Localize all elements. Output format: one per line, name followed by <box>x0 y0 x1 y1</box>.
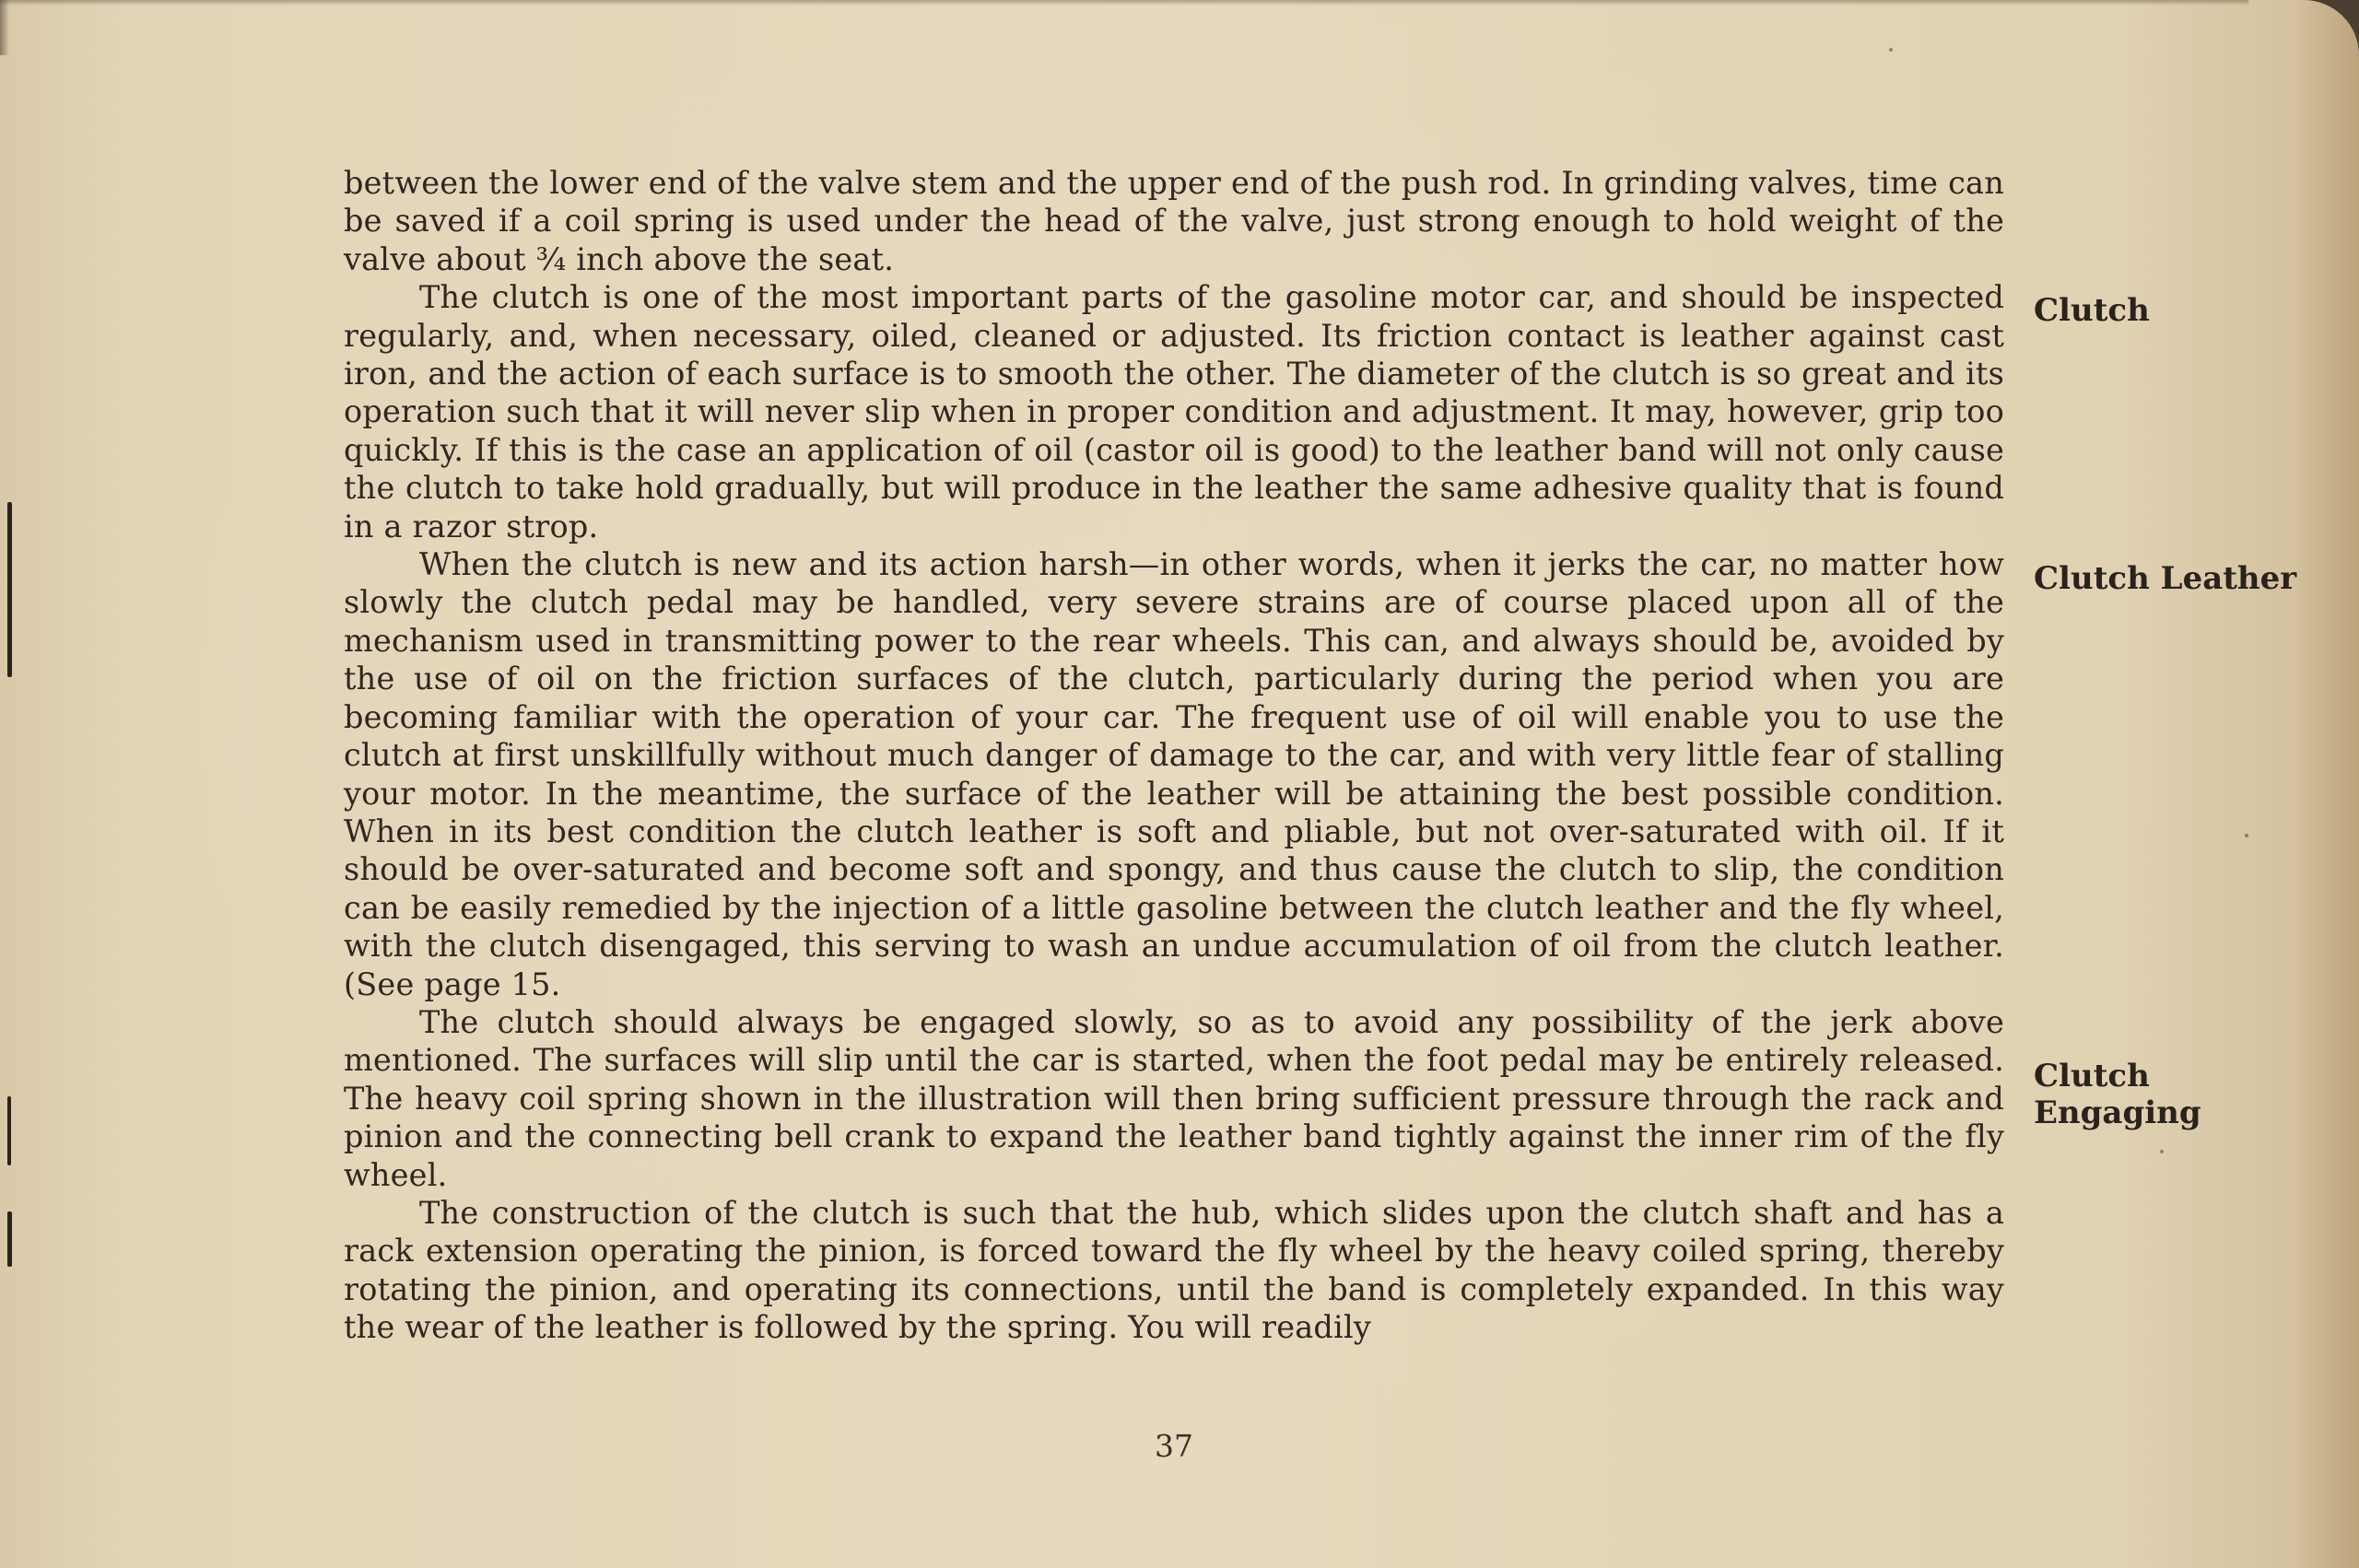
paper-speck <box>2160 1150 2164 1153</box>
page-corner-shadow <box>0 0 9 55</box>
binding-mark <box>7 1096 11 1165</box>
binding-mark <box>7 1211 12 1267</box>
margin-heading-clutch-leather: Clutch Leather <box>2034 560 2296 597</box>
paragraph: The clutch is one of the most important … <box>344 278 2004 545</box>
book-page: between the lower end of the valve stem … <box>0 0 2359 1568</box>
margin-heading-line: Clutch <box>2034 292 2150 329</box>
margin-heading-line: Clutch Leather <box>2034 560 2296 597</box>
page-number: 37 <box>1155 1428 1193 1464</box>
margin-heading-clutch-engaging: Clutch Engaging <box>2034 1058 2201 1131</box>
page-right-edge-shading <box>2294 0 2359 1568</box>
paper-speck <box>2245 834 2248 837</box>
body-text: between the lower end of the valve stem … <box>344 164 2004 1347</box>
margin-heading-line: Clutch <box>2034 1058 2201 1094</box>
paper-speck <box>1889 48 1893 52</box>
paragraph: The construction of the clutch is such t… <box>344 1194 2004 1347</box>
paragraph: The clutch should always be engaged slow… <box>344 1003 2004 1194</box>
paragraph: When the clutch is new and its action ha… <box>344 545 2004 1003</box>
margin-heading-line: Engaging <box>2034 1094 2201 1131</box>
page-top-edge <box>0 0 2248 6</box>
margin-heading-clutch: Clutch <box>2034 292 2150 329</box>
binding-mark <box>7 502 12 677</box>
paragraph: between the lower end of the valve stem … <box>344 164 2004 278</box>
